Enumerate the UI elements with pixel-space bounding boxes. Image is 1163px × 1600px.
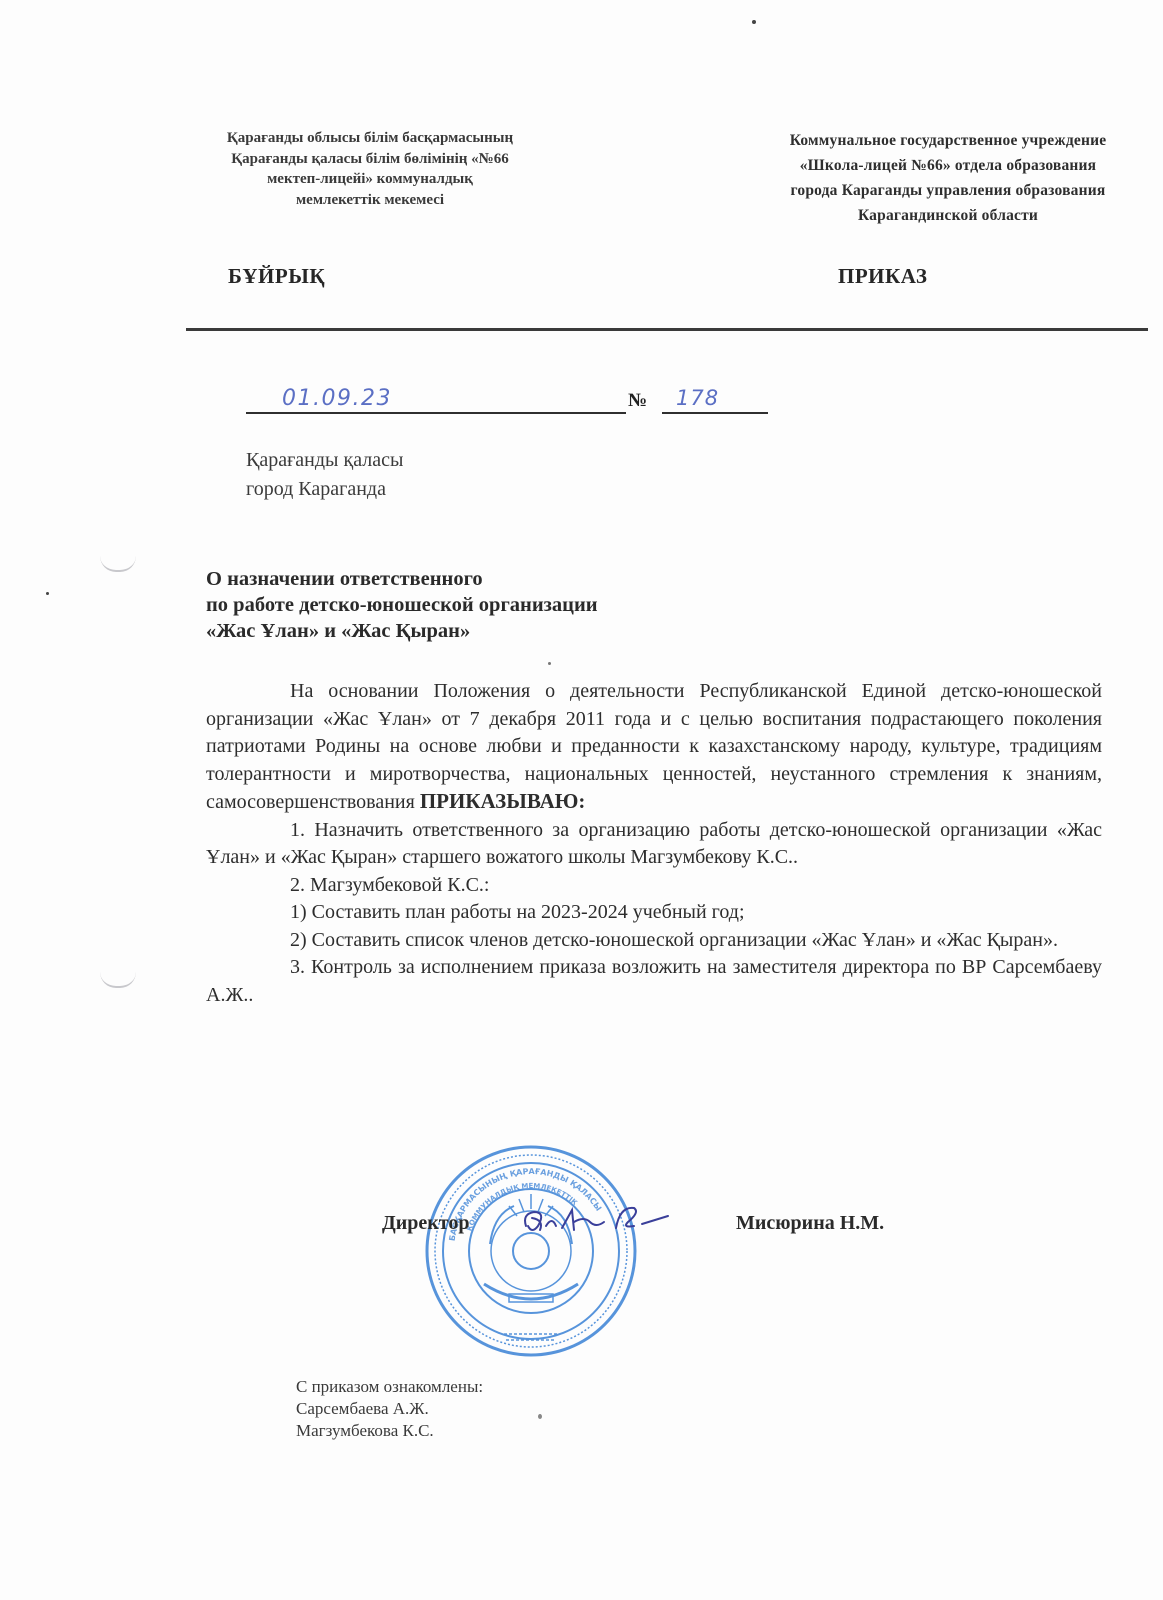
number-sign: №: [628, 390, 647, 412]
header-institution-kz: Қарағанды облысы білім басқармасының Қар…: [172, 128, 568, 210]
document-type-ru: ПРИКАЗ: [838, 264, 927, 289]
title-line: О назначении ответственного: [206, 566, 598, 592]
punch-hole-mark: [100, 556, 136, 572]
header-ru-line: города Караганды управления образования: [752, 178, 1144, 203]
order-title: О назначении ответственного по работе де…: [206, 566, 598, 644]
order-item: 1. Назначить ответственного за организац…: [206, 817, 1102, 872]
header-ru-line: Коммунальное государственное учреждение: [752, 128, 1144, 153]
header-ru-line: Карагандинской области: [752, 203, 1144, 228]
order-item: 2) Составить список членов детско-юношес…: [206, 927, 1102, 955]
date-underline: [246, 412, 626, 414]
header-ru-line: «Школа-лицей №66» отдела образования: [752, 153, 1144, 178]
order-word: ПРИКАЗЫВАЮ:: [420, 789, 586, 813]
signatory-position: Директор: [382, 1212, 470, 1235]
header-institution-ru: Коммунальное государственное учреждение …: [752, 128, 1144, 228]
scan-speck: [548, 662, 551, 665]
header-kz-line: мектеп-лицейі» коммуналдық: [172, 169, 568, 190]
acknowledgement-block: С приказом ознакомлены: Сарсембаева А.Ж.…: [296, 1376, 483, 1442]
preamble-paragraph: На основании Положения о деятельности Ре…: [206, 678, 1102, 817]
order-date: 01.09.23: [282, 386, 392, 411]
scan-speck: [538, 1414, 542, 1419]
order-item: 3. Контроль за исполнением приказа возло…: [206, 954, 1102, 1009]
signature-icon: [516, 1196, 676, 1246]
scan-speck: [752, 20, 756, 24]
city-ru: город Караганда: [246, 475, 403, 504]
title-line: по работе детско-юношеской организации: [206, 592, 598, 618]
signatory-name: Мисюрина Н.М.: [736, 1212, 884, 1235]
city-block: Қарағанды қаласы город Караганда: [246, 446, 403, 504]
acknowledgement-heading: С приказом ознакомлены:: [296, 1376, 483, 1398]
order-body: На основании Положения о деятельности Ре…: [206, 678, 1102, 1009]
header-kz-line: мемлекеттік мекемесі: [172, 190, 568, 211]
acknowledged-person: Сарсембаева А.Ж.: [296, 1398, 483, 1420]
city-kz: Қарағанды қаласы: [246, 446, 403, 475]
punch-hole-mark: [100, 972, 136, 988]
order-item: 1) Составить план работы на 2023-2024 уч…: [206, 899, 1102, 927]
document-type-kz: БҰЙРЫҚ: [228, 264, 325, 289]
number-underline: [662, 412, 768, 414]
title-line: «Жас Ұлан» и «Жас Қыран»: [206, 618, 598, 644]
scan-speck: [46, 592, 49, 595]
acknowledged-person: Магзумбекова К.С.: [296, 1420, 483, 1442]
header-divider: [186, 328, 1148, 331]
order-number: 178: [676, 386, 719, 410]
official-stamp-icon: БАСҚАРМАСЫНЫҢ ҚАРАҒАНДЫ ҚАЛАСЫ КОММУНАЛД…: [424, 1144, 638, 1358]
header-kz-line: Қарағанды қаласы білім бөлімінің «№66: [172, 149, 568, 170]
preamble-text: На основании Положения о деятельности Ре…: [206, 680, 1102, 813]
order-item: 2. Магзумбековой К.С.:: [206, 872, 1102, 900]
header-kz-line: Қарағанды облысы білім басқармасының: [172, 128, 568, 149]
